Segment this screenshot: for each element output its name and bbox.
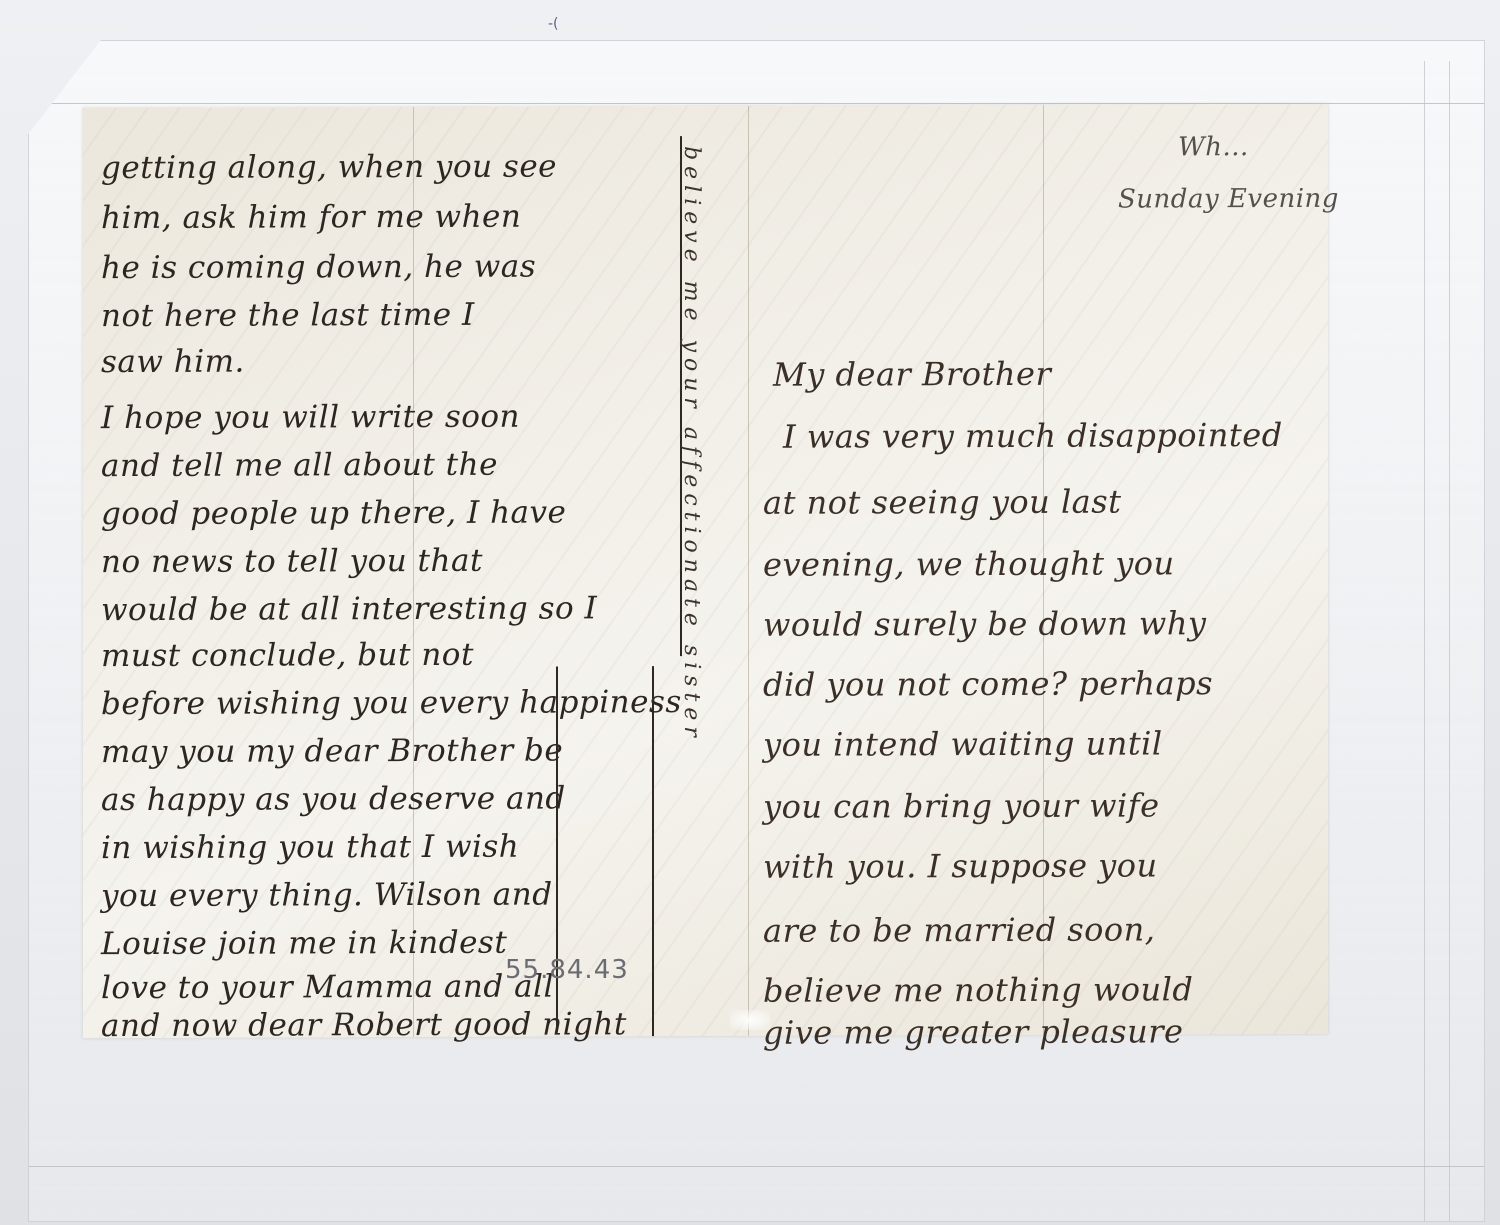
sleeve-edge: [1424, 61, 1425, 1221]
sleeve-fold-line: [29, 1166, 1484, 1167]
letter-sheet: getting along, when you see him, ask him…: [83, 104, 1328, 1038]
cross-writing: believe me your affectionate sister: [668, 106, 708, 1036]
letter-line: as happy as you deserve and: [101, 780, 566, 818]
letter-line: are to be married soon,: [763, 910, 1155, 949]
letter-line: saw him.: [101, 344, 245, 381]
letter-line: him, ask him for me when: [101, 199, 521, 236]
letter-place: Wh...: [1178, 132, 1249, 162]
sleeve-glare: [730, 1010, 770, 1030]
letter-line: no news to tell you that: [101, 543, 483, 580]
cross-writing-text: believe me your affectionate sister: [679, 146, 704, 743]
letter-line: may you my dear Brother be: [101, 732, 563, 770]
letter-line: you every thing. Wilson and: [101, 877, 553, 915]
letter-line: did you not come? perhaps: [763, 664, 1213, 704]
letter-line: good people up there, I have: [101, 494, 566, 532]
letter-line: in wishing you that I wish: [101, 829, 519, 866]
letter-date: Sunday Evening: [1118, 184, 1339, 215]
sleeve-edge: [1449, 61, 1450, 1221]
cross-writing-stroke: [652, 666, 654, 1036]
photo-scene: -( getting along, when you see him, ask …: [0, 0, 1500, 1225]
letter-line: give me greater pleasure: [763, 1012, 1183, 1051]
letter-line: and tell me all about the: [101, 447, 498, 484]
letter-line: at not seeing you last: [763, 483, 1122, 522]
letter-line: before wishing you every happiness: [101, 684, 682, 722]
letter-line: Louise join me in kindest: [101, 925, 507, 962]
accession-number: 55.84.43: [505, 955, 629, 985]
center-fold: [748, 106, 749, 1036]
letter-line: evening, we thought you: [763, 544, 1175, 583]
letter-line: getting along, when you see: [101, 149, 557, 187]
letter-line: would surely be down why: [763, 604, 1207, 644]
letter-line: and now dear Robert good night: [101, 1006, 627, 1044]
letter-line: with you. I suppose you: [763, 846, 1158, 885]
letter-line: I hope you will write soon: [101, 399, 520, 436]
letter-line: he is coming down, he was: [101, 249, 536, 287]
sleeve-mark: -(: [548, 16, 559, 32]
letter-line: would be at all interesting so I: [101, 590, 597, 628]
letter-line: you intend waiting until: [763, 724, 1163, 763]
letter-line: love to your Mamma and all: [101, 969, 554, 1007]
letter-line: not here the last time I: [101, 297, 475, 334]
letter-line: believe me nothing would: [763, 970, 1193, 1010]
letter-line: you can bring your wife: [763, 786, 1160, 825]
letter-line: must conclude, but not: [101, 637, 474, 674]
letter-salutation: My dear Brother: [773, 355, 1051, 394]
letter-line: I was very much disappointed: [783, 416, 1283, 456]
